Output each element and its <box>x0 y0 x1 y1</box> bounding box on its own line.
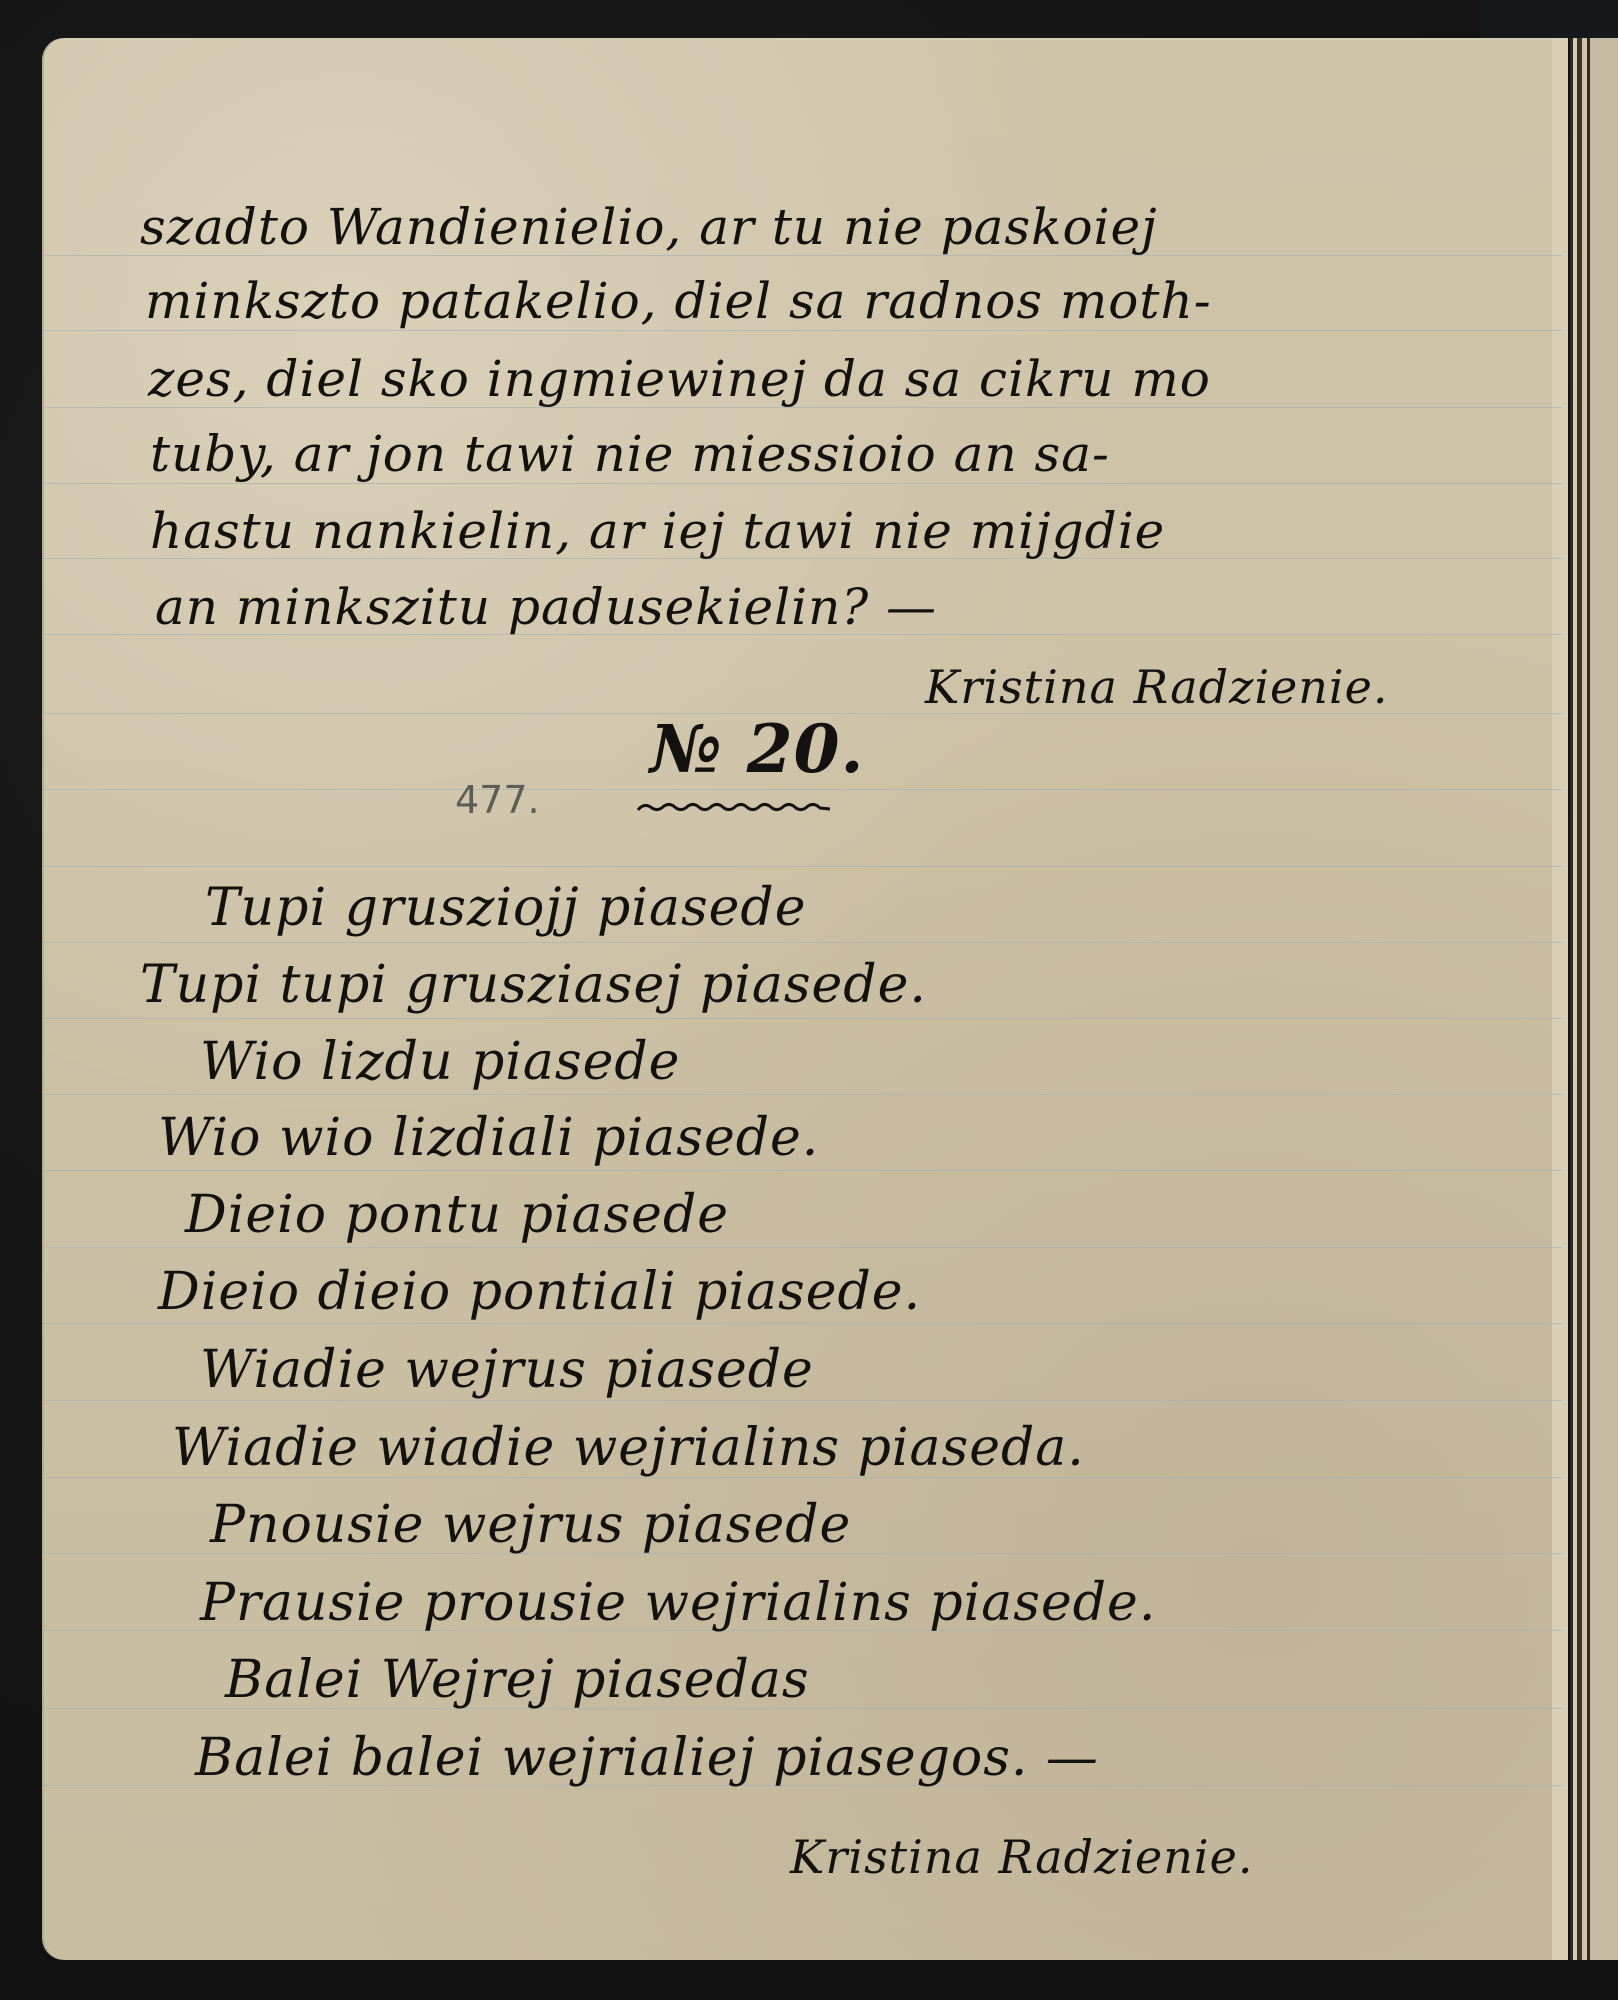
verse-line: Balei Wejrej piasedas <box>225 1650 810 1710</box>
pencil-archive-number: 477. <box>455 778 540 822</box>
verse-line: Wio wio lizdiali piasede. <box>158 1108 819 1168</box>
title-wavy-underline <box>636 800 832 814</box>
ruled-line <box>42 1247 1562 1248</box>
prose-line: zes, diel sko ingmiewinej da sa cikru mo <box>148 350 1211 408</box>
verse-line: Wiadie wejrus piasede <box>200 1340 814 1400</box>
verse-line: Wio lizdu piasede <box>200 1032 680 1092</box>
prose-line: tuby, ar jon tawi nie miessioio an sa- <box>150 425 1110 483</box>
ruled-line <box>42 1094 1562 1095</box>
prose-line: minkszto patakelio, diel sa radnos moth- <box>145 272 1212 330</box>
binding-shadow <box>1480 0 1618 40</box>
verse-line: Dieio dieio pontiali piasede. <box>158 1262 921 1322</box>
prose-line: hastu nankielin, ar iej tawi nie mijgdie <box>150 502 1165 560</box>
ruled-line <box>42 1400 1562 1401</box>
verse-line: Dieio pontu piasede <box>185 1185 729 1245</box>
verse-signature: Kristina Radzienie. <box>790 1830 1253 1884</box>
verse-line: Tupi tupi grusziasej piasede. <box>140 955 927 1015</box>
verse-line: Pnousie wejrus piasede <box>210 1495 851 1555</box>
ruled-line <box>42 330 1562 331</box>
ruled-line <box>42 1323 1562 1324</box>
verse-line: Balei balei wejrialiej piasegos. — <box>195 1728 1099 1788</box>
ruled-line <box>42 789 1562 790</box>
section-number-title: № 20. <box>650 710 865 788</box>
prose-signature: Kristina Radzienie. <box>925 660 1388 714</box>
prose-line: szadto Wandienielio, ar tu nie paskoiej <box>140 198 1158 256</box>
prose-line: an minkszitu padusekielin? — <box>155 578 937 636</box>
ruled-line <box>42 1018 1562 1019</box>
page-edge <box>1552 38 1568 1960</box>
next-page-edge <box>1590 38 1618 1960</box>
ruled-line <box>42 483 1562 484</box>
verse-line: Prausie prousie wejrialins piasede. <box>200 1573 1156 1633</box>
ruled-line <box>42 866 1562 867</box>
ruled-line <box>42 1170 1562 1171</box>
verse-line: Tupi grusziojj piasede <box>205 878 807 938</box>
verse-line: Wiadie wiadie wejrialins piaseda. <box>172 1418 1085 1478</box>
ruled-line <box>42 942 1562 943</box>
